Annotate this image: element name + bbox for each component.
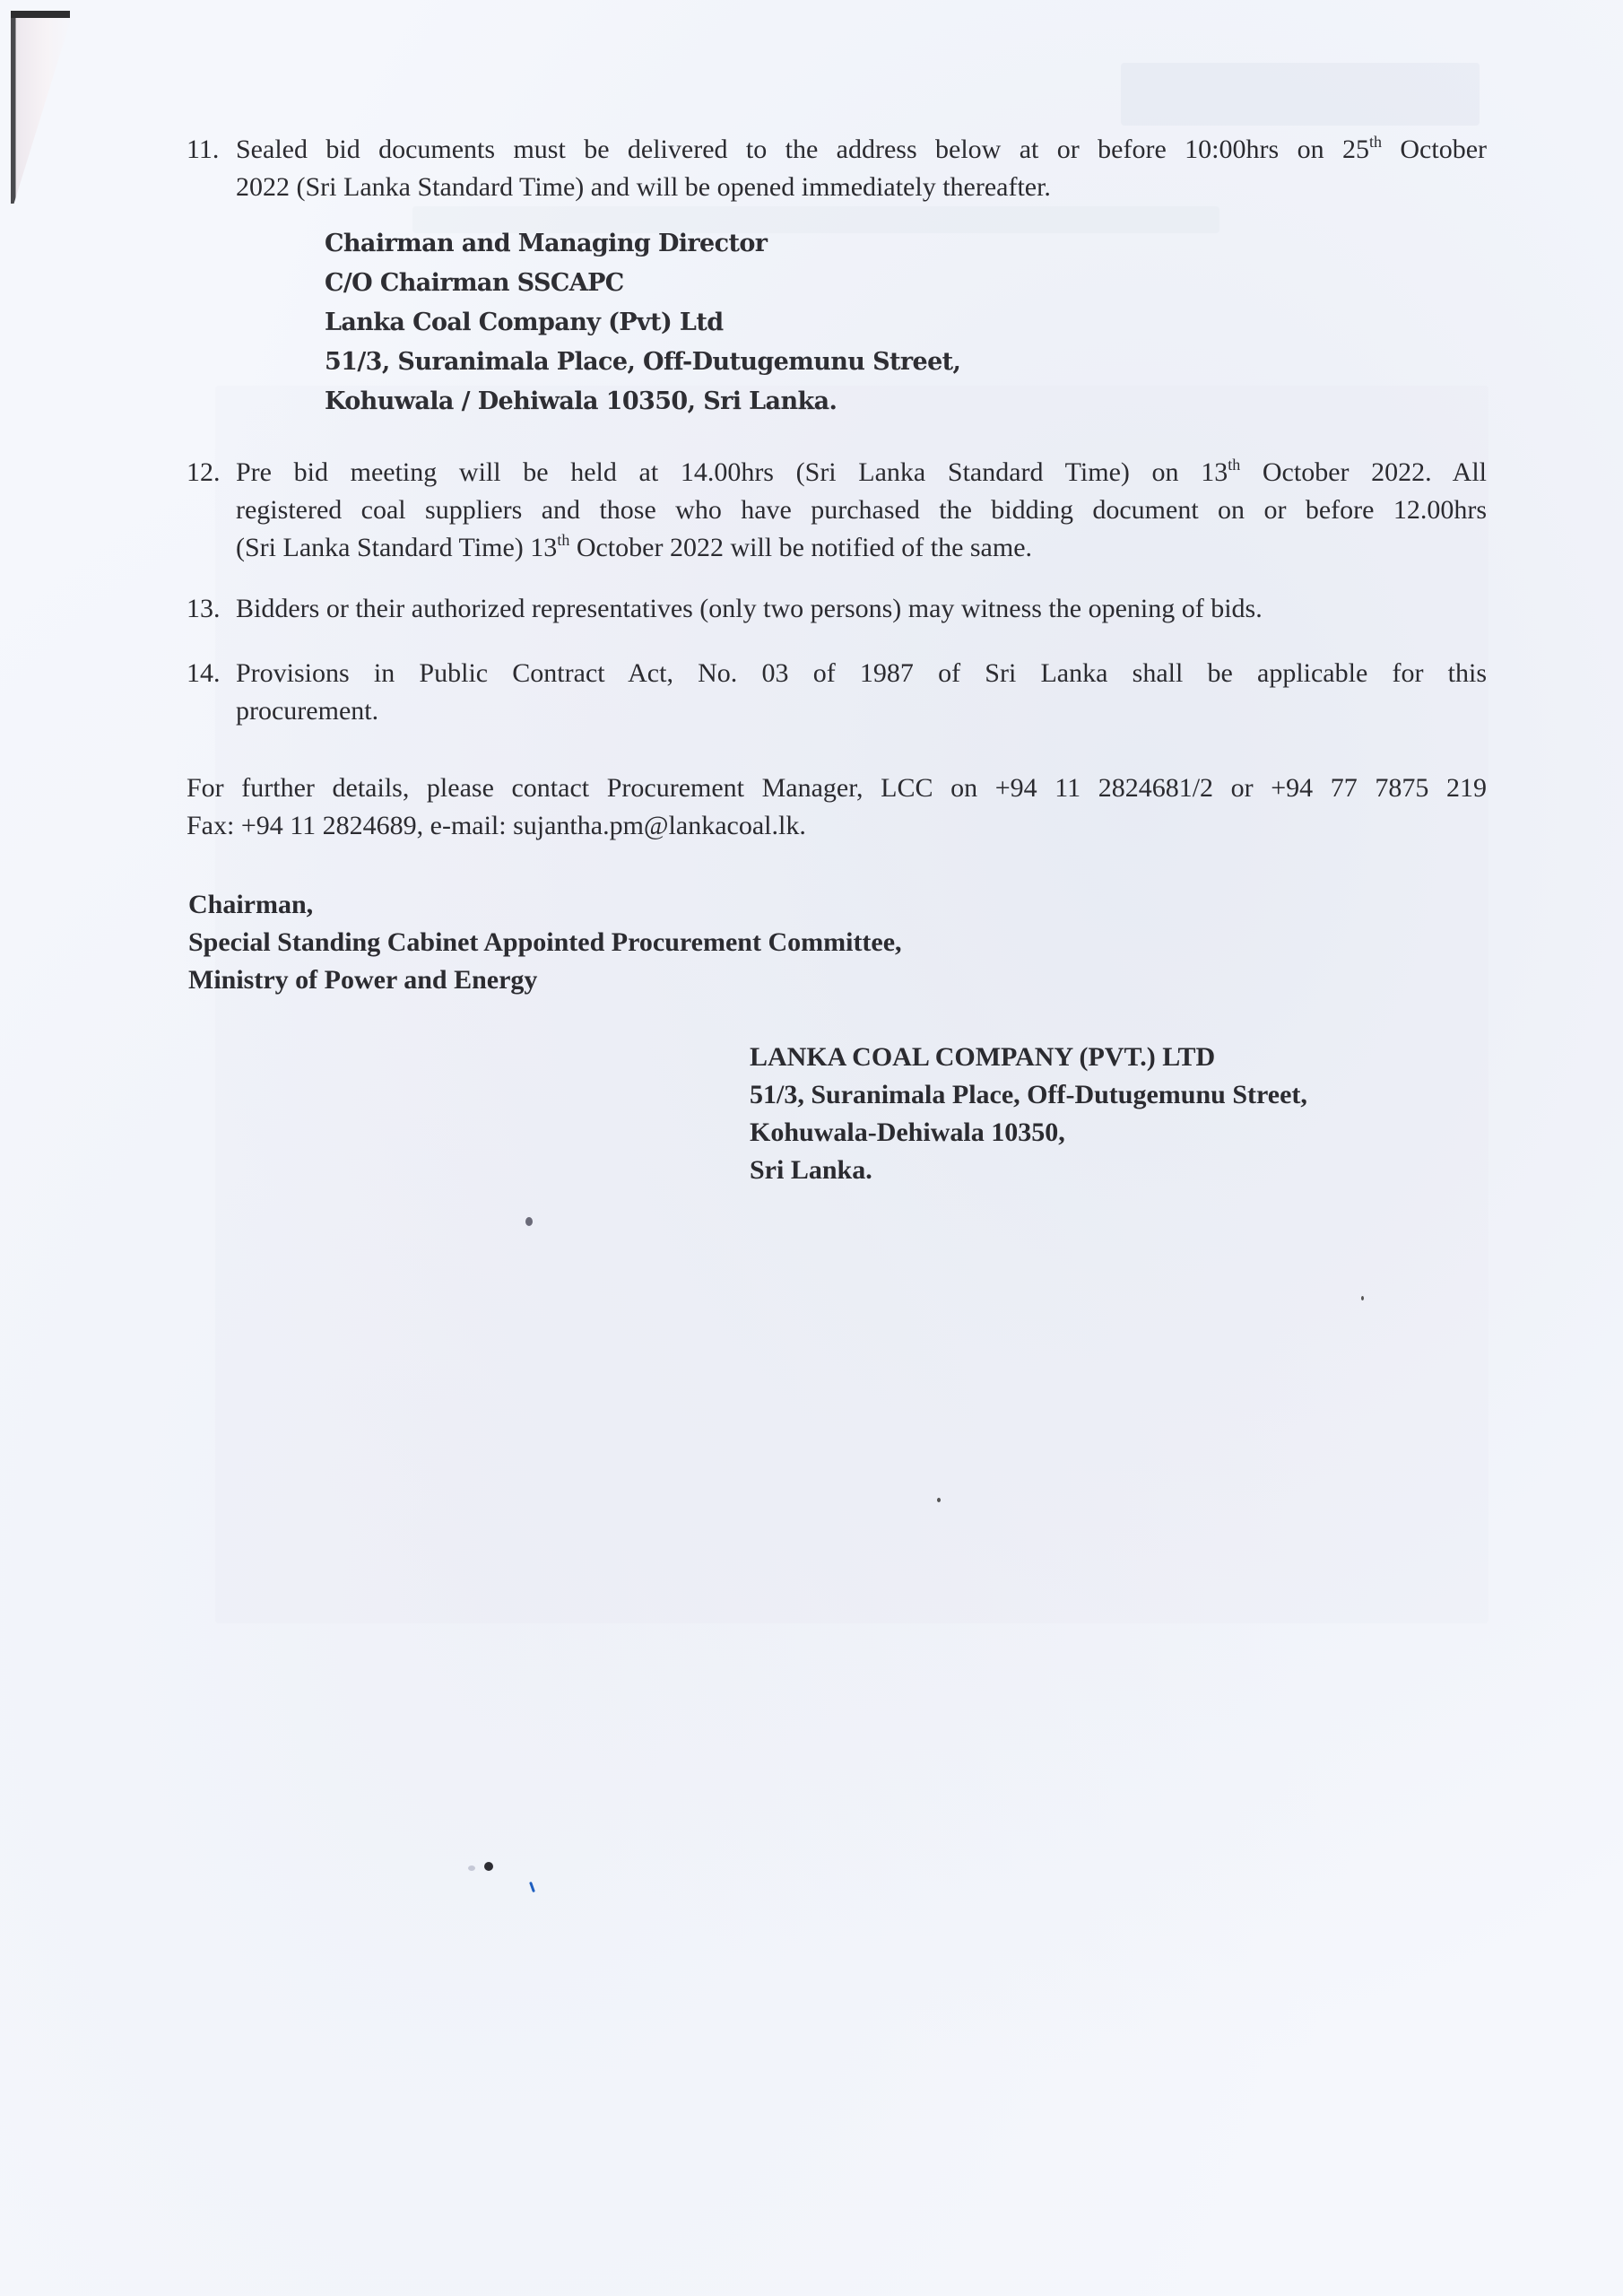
clause-text-line: Provisions in Public Contract Act, No. 0… xyxy=(236,655,1487,692)
company-name: LANKA COAL COMPANY (PVT.) LTD xyxy=(750,1039,1307,1076)
scan-speck xyxy=(468,1865,475,1871)
pen-mark xyxy=(529,1882,535,1892)
contact-phone-line: For further details, please contact Proc… xyxy=(187,770,1487,807)
scanned-page: 11. Sealed bid documents must be deliver… xyxy=(0,0,1623,2296)
address-line: 51/3, Suranimala Place, Off-Dutugemunu S… xyxy=(325,343,960,382)
clause-text-line: registered coal suppliers and those who … xyxy=(236,491,1487,529)
company-address-line: 51/3, Suranimala Place, Off-Dutugemunu S… xyxy=(750,1076,1307,1114)
address-line: Lanka Coal Company (Pvt) Ltd xyxy=(325,303,960,343)
scan-speck xyxy=(525,1217,533,1226)
company-address-line: Sri Lanka. xyxy=(750,1152,1307,1189)
signatory-committee: Special Standing Cabinet Appointed Procu… xyxy=(188,924,902,961)
address-line: C/O Chairman SSCAPC xyxy=(325,264,960,303)
clause-text-line: Bidders or their authorized representati… xyxy=(236,590,1487,628)
clause-11: 11. Sealed bid documents must be deliver… xyxy=(187,131,1487,206)
bleed-through-logo xyxy=(1121,63,1480,126)
clause-text-line: procurement. xyxy=(236,692,1487,730)
scan-edge-shadow xyxy=(11,11,74,204)
signatory-title: Chairman, xyxy=(188,886,902,924)
delivery-address: Chairman and Managing Director C/O Chair… xyxy=(325,224,960,422)
signatory-ministry: Ministry of Power and Energy xyxy=(188,961,902,999)
clause-text-line: (Sri Lanka Standard Time) 13th October 2… xyxy=(236,529,1487,567)
clause-12: 12. Pre bid meeting will be held at 14.0… xyxy=(187,454,1487,567)
clause-text-line: Pre bid meeting will be held at 14.00hrs… xyxy=(236,454,1487,491)
clause-number: 14. xyxy=(187,655,236,730)
clause-number: 13. xyxy=(187,590,236,628)
clause-text-line: Sealed bid documents must be delivered t… xyxy=(236,131,1487,169)
scan-speck xyxy=(937,1498,941,1502)
email-address[interactable]: sujantha.pm@lankacoal.lk xyxy=(513,811,799,840)
scan-edge-top xyxy=(11,11,70,18)
address-line: Kohuwala / Dehiwala 10350, Sri Lanka. xyxy=(325,382,960,422)
contact-fax-email-line: Fax: +94 11 2824689, e-mail: sujantha.pm… xyxy=(187,807,1487,845)
address-line: Chairman and Managing Director xyxy=(325,224,960,264)
company-address-block: LANKA COAL COMPANY (PVT.) LTD 51/3, Sura… xyxy=(750,1039,1307,1189)
clause-number: 11. xyxy=(187,131,236,206)
scan-speck xyxy=(1361,1296,1364,1300)
clause-13: 13. Bidders or their authorized represen… xyxy=(187,590,1487,628)
clause-14: 14. Provisions in Public Contract Act, N… xyxy=(187,655,1487,730)
company-address-line: Kohuwala-Dehiwala 10350, xyxy=(750,1114,1307,1152)
contact-details: For further details, please contact Proc… xyxy=(187,770,1487,845)
clause-text-line: 2022 (Sri Lanka Standard Time) and will … xyxy=(236,169,1487,206)
scan-speck xyxy=(484,1862,493,1871)
signatory-block: Chairman, Special Standing Cabinet Appoi… xyxy=(188,886,902,999)
bleed-through-body xyxy=(215,386,1488,1623)
clause-number: 12. xyxy=(187,454,236,567)
